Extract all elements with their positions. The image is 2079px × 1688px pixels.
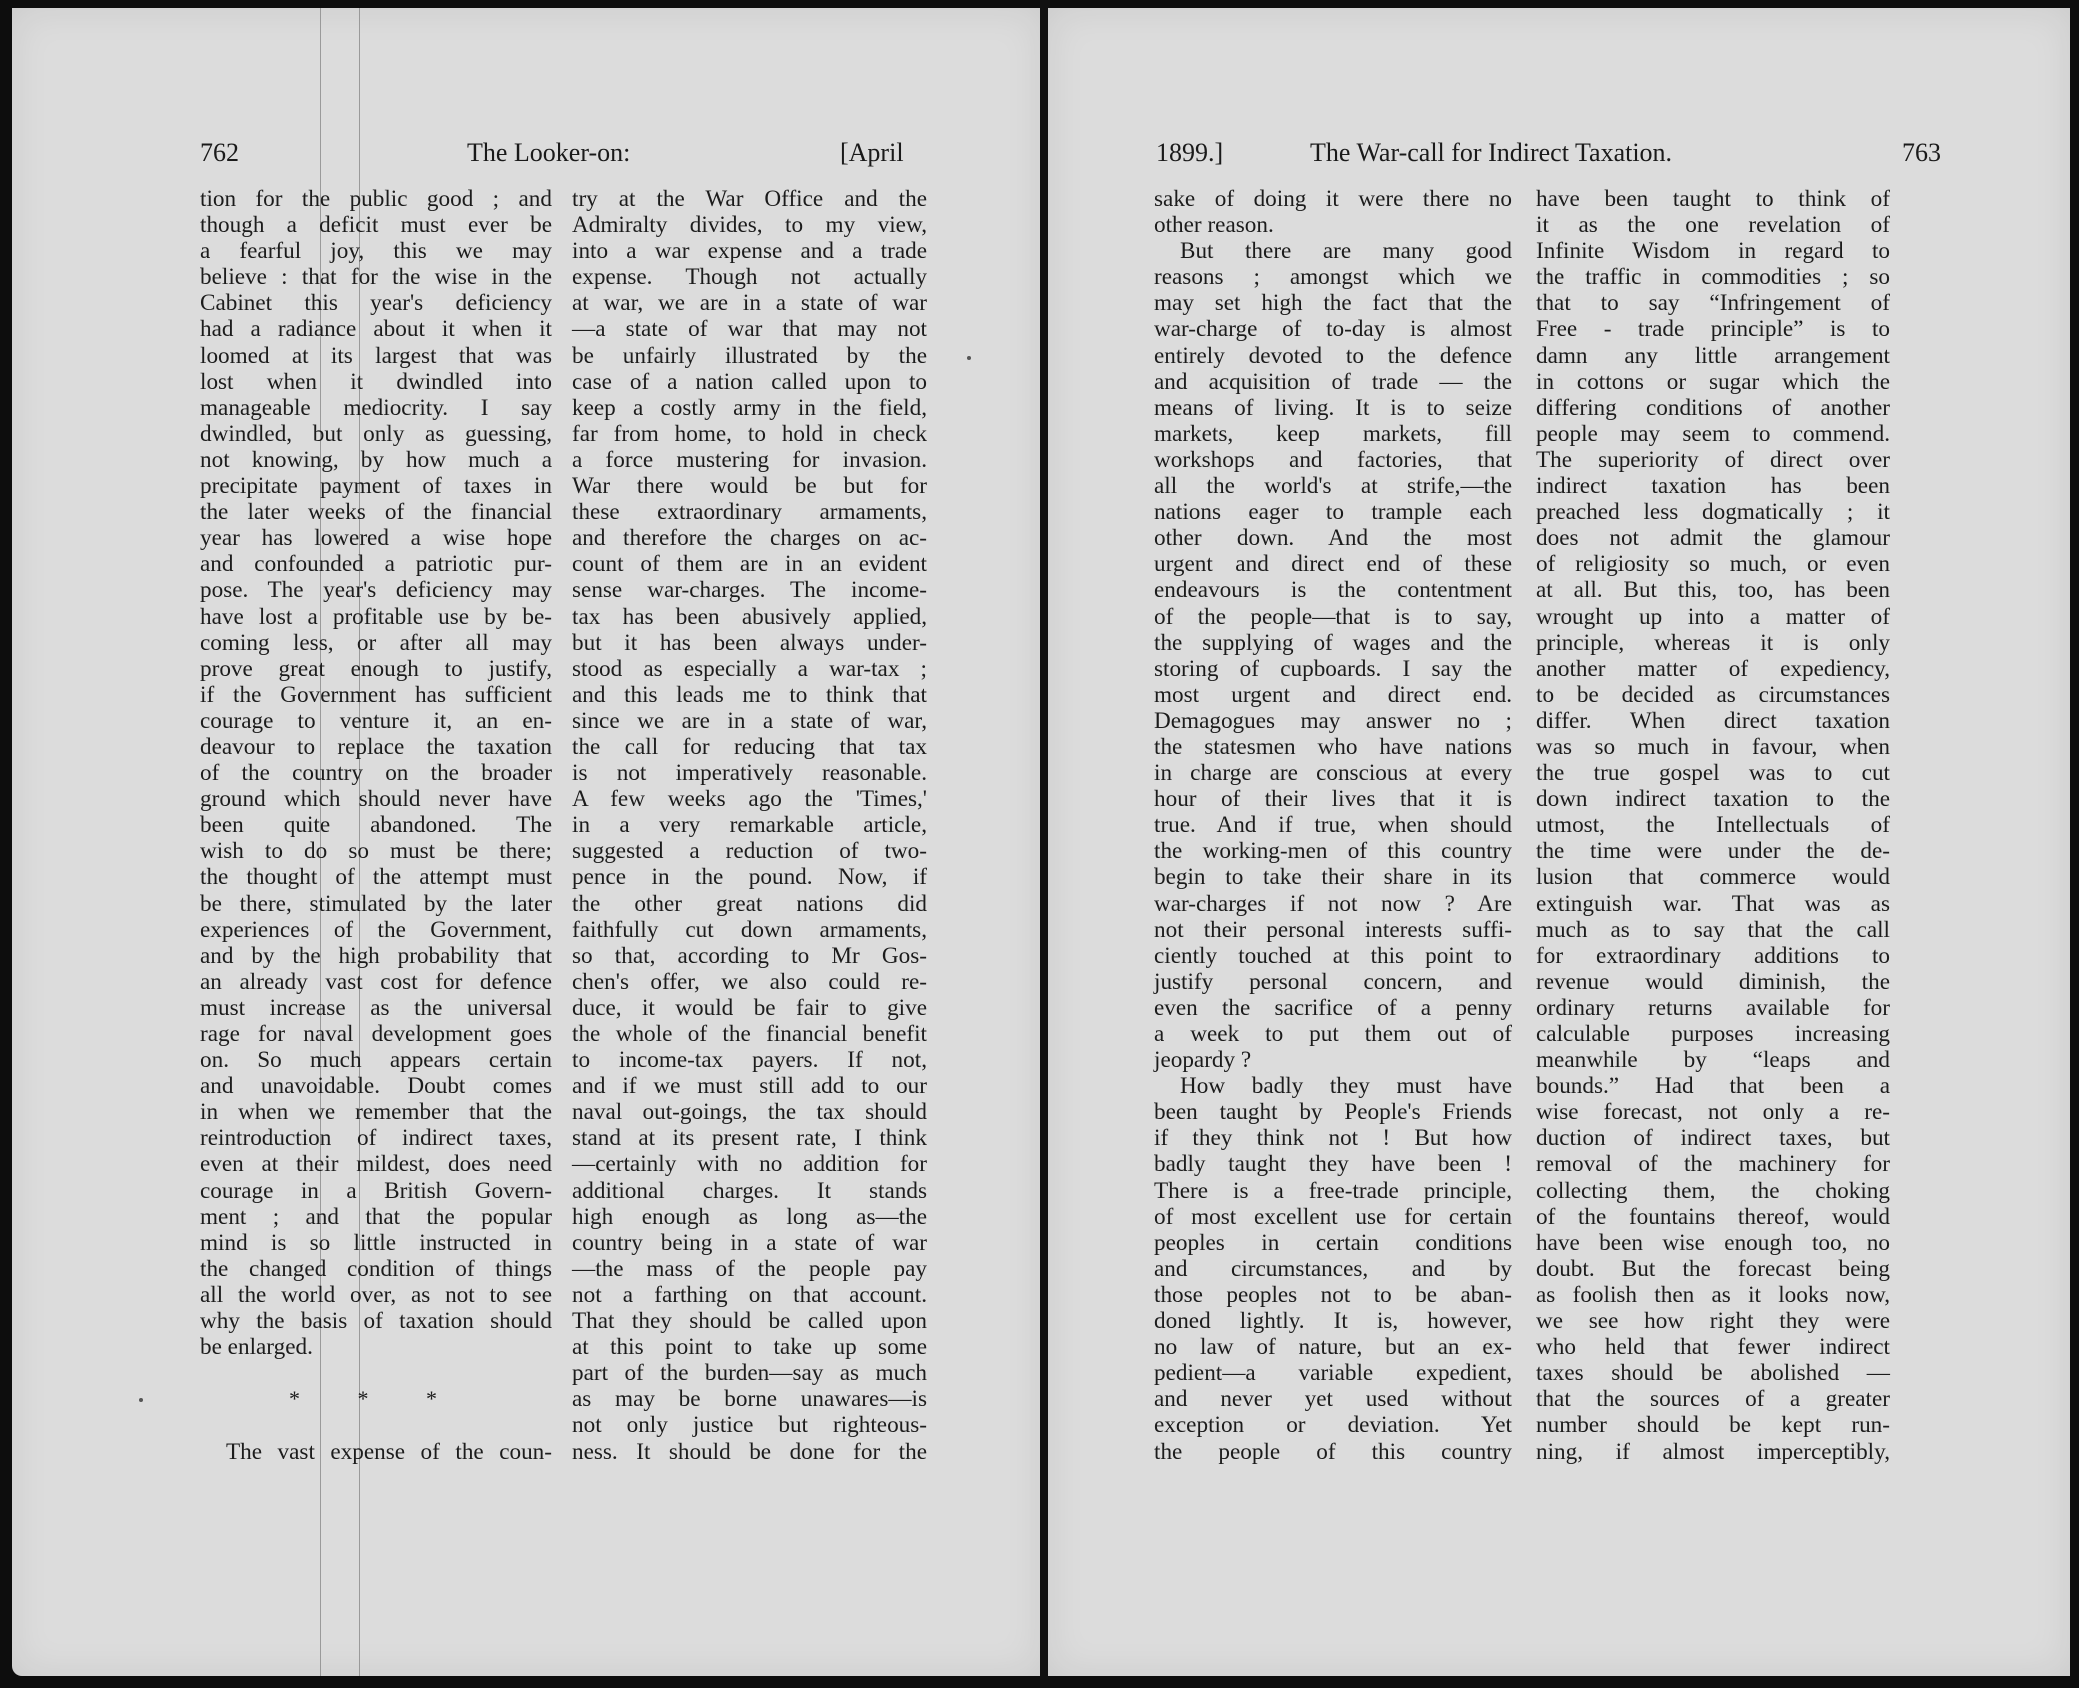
text-line: not knowing, by how much a — [200, 447, 552, 473]
text-line: people may seem to commend. — [1536, 421, 1890, 447]
text-line: ciently touched at this point to — [1154, 943, 1512, 969]
text-line: in charge are conscious at every — [1154, 760, 1512, 786]
text-line: an already vast cost for defence — [200, 969, 552, 995]
text-line: much as to say that the call — [1536, 917, 1890, 943]
text-line: but it has been always under- — [572, 630, 927, 656]
text-line: There is a free-trade principle, — [1154, 1178, 1512, 1204]
text-line: be there, stimulated by the later — [200, 891, 552, 917]
text-line: —the mass of the people pay — [572, 1256, 927, 1282]
scan-speck — [139, 1398, 143, 1402]
text-line: dwindled, but only as guessing, — [200, 421, 552, 447]
text-line: the call for reducing that tax — [572, 734, 927, 760]
text-line: the people of this country — [1154, 1439, 1512, 1465]
text-line: pence in the pound. Now, if — [572, 864, 927, 890]
text-line: case of a nation called upon to — [572, 369, 927, 395]
text-line: taxes should be abolished — — [1536, 1360, 1890, 1386]
text-line: loomed at its largest that was — [200, 343, 552, 369]
text-line: ment ; and that the popular — [200, 1204, 552, 1230]
text-line: reasons ; amongst which we — [1154, 264, 1512, 290]
text-line: not only justice but righteous- — [572, 1412, 927, 1438]
text-line: the working-men of this country — [1154, 838, 1512, 864]
text-line: down indirect taxation to the — [1536, 786, 1890, 812]
text-line: The superiority of direct over — [1536, 447, 1890, 473]
text-line: coming less, or after all may — [200, 630, 552, 656]
text-line: of the people—that is to say, — [1154, 604, 1512, 630]
text-line: far from home, to hold in check — [572, 421, 927, 447]
text-line: lost when it dwindled into — [200, 369, 552, 395]
text-line: stand at its present rate, I think — [572, 1125, 927, 1151]
text-line: pose. The year's deficiency may — [200, 577, 552, 603]
text-line: and never yet used without — [1154, 1386, 1512, 1412]
text-line: and therefore the charges on ac- — [572, 525, 927, 551]
text-line: to income-tax payers. If not, — [572, 1047, 927, 1073]
text-line: lusion that commerce would — [1536, 864, 1890, 890]
text-line: stood as especially a war-tax ; — [572, 656, 927, 682]
text-line: urgent and direct end of these — [1154, 551, 1512, 577]
text-line: exception or deviation. Yet — [1154, 1412, 1512, 1438]
text-line: That they should be called upon — [572, 1308, 927, 1334]
text-line: high enough as long as—the — [572, 1204, 927, 1230]
text-line: wish to do so must be there; — [200, 838, 552, 864]
text-line: of the fountains thereof, would — [1536, 1204, 1890, 1230]
text-line: ordinary returns available for — [1536, 995, 1890, 1021]
text-line: and this leads me to think that — [572, 682, 927, 708]
text-line: meanwhile by “leaps and — [1536, 1047, 1890, 1073]
text-line: keep a costly army in the field, — [572, 395, 927, 421]
text-line: though a deficit must ever be — [200, 212, 552, 238]
text-line: war-charge of to-day is almost — [1154, 316, 1512, 342]
text-line: of the country on the broader — [200, 760, 552, 786]
text-line: courage to venture it, an en- — [200, 708, 552, 734]
text-line: preached less dogmatically ; it — [1536, 499, 1890, 525]
text-line: the whole of the financial benefit — [572, 1021, 927, 1047]
text-line: ness. It should be done for the — [572, 1439, 927, 1465]
text-line: at this point to take up some — [572, 1334, 927, 1360]
text-line: A few weeks ago the 'Times,' — [572, 786, 927, 812]
text-line: these extraordinary armaments, — [572, 499, 927, 525]
text-line: means of living. It is to seize — [1154, 395, 1512, 421]
text-line: even the sacrifice of a penny — [1154, 995, 1512, 1021]
text-line: year has lowered a wise hope — [200, 525, 552, 551]
text-line: war-charges if not now ? Are — [1154, 891, 1512, 917]
text-line: damn any little arrangement — [1536, 343, 1890, 369]
text-line: How badly they must have — [1154, 1073, 1512, 1099]
running-date: 1899.] — [1156, 138, 1223, 168]
text-line: have lost a profitable use by be- — [200, 604, 552, 630]
text-line: bounds.” Had that been a — [1536, 1073, 1890, 1099]
text-line: prove great enough to justify, — [200, 656, 552, 682]
text-column-right-2: have been taught to think ofit as the on… — [1536, 186, 1890, 1465]
text-line: for extraordinary additions to — [1536, 943, 1890, 969]
text-line: rage for naval development goes — [200, 1021, 552, 1047]
text-line: badly taught they have been ! — [1154, 1151, 1512, 1177]
text-line: in when we remember that the — [200, 1099, 552, 1125]
text-line: calculable purposes increasing — [1536, 1021, 1890, 1047]
text-line: principle, whereas it is only — [1536, 630, 1890, 656]
text-line: have been taught to think of — [1536, 186, 1890, 212]
running-date: [April — [840, 138, 904, 168]
text-line: naval out-goings, the tax should — [572, 1099, 927, 1125]
text-line: a force mustering for invasion. — [572, 447, 927, 473]
text-line: entirely devoted to the defence — [1154, 343, 1512, 369]
text-line: that to say “Infringement of — [1536, 290, 1890, 316]
text-line: and if we must still add to our — [572, 1073, 927, 1099]
text-line: if the Government has sufficient — [200, 682, 552, 708]
text-line: had a radiance about it when it — [200, 316, 552, 342]
text-line: into a war expense and a trade — [572, 238, 927, 264]
text-line: other down. And the most — [1154, 525, 1512, 551]
text-line: the true gospel was to cut — [1536, 760, 1890, 786]
text-line: doned lightly. It is, however, — [1154, 1308, 1512, 1334]
text-line: as foolish then as it looks now, — [1536, 1282, 1890, 1308]
text-line: —certainly with no addition for — [572, 1151, 927, 1177]
text-line: workshops and factories, that — [1154, 447, 1512, 473]
text-line: precipitate payment of taxes in — [200, 473, 552, 499]
text-line: chen's offer, we also could re- — [572, 969, 927, 995]
text-column-right-1: sake of doing it were there noother reas… — [1154, 186, 1512, 1465]
text-line: it as the one revelation of — [1536, 212, 1890, 238]
text-line: expense. Though not actually — [572, 264, 927, 290]
page-number: 763 — [1902, 138, 1941, 168]
text-line: Infinite Wisdom in regard to — [1536, 238, 1890, 264]
text-line: markets, keep markets, fill — [1154, 421, 1512, 447]
text-line: the traffic in commodities ; so — [1536, 264, 1890, 290]
text-line: —a state of war that may not — [572, 316, 927, 342]
text-line: to be decided as circumstances — [1536, 682, 1890, 708]
text-line: differing conditions of another — [1536, 395, 1890, 421]
running-title: The War-call for Indirect Taxation. — [1310, 138, 1672, 168]
section-break: * * * — [200, 1386, 552, 1412]
text-line: ning, if almost imperceptibly, — [1536, 1439, 1890, 1465]
text-line: the thought of the attempt must — [200, 864, 552, 890]
spacer — [200, 1412, 552, 1438]
text-line: so that, according to Mr Gos- — [572, 943, 927, 969]
text-line: true. And if true, when should — [1154, 812, 1512, 838]
text-column-left-2: try at the War Office and theAdmiralty d… — [572, 186, 927, 1465]
text-line: begin to take their share in its — [1154, 864, 1512, 890]
text-line: count of them are in an evident — [572, 551, 927, 577]
text-line: the changed condition of things — [200, 1256, 552, 1282]
text-line: mind is so little instructed in — [200, 1230, 552, 1256]
text-line: ground which should never have — [200, 786, 552, 812]
text-line: removal of the machinery for — [1536, 1151, 1890, 1177]
text-line: the time were under the de- — [1536, 838, 1890, 864]
text-line: does not admit the glamour — [1536, 525, 1890, 551]
text-line: on. So much appears certain — [200, 1047, 552, 1073]
text-line: why the basis of taxation should — [200, 1308, 552, 1334]
text-line: country being in a state of war — [572, 1230, 927, 1256]
text-line: jeopardy ? — [1154, 1047, 1512, 1073]
text-line: the supplying of wages and the — [1154, 630, 1512, 656]
text-line: manageable mediocrity. I say — [200, 395, 552, 421]
text-line: additional charges. It stands — [572, 1178, 927, 1204]
text-line: been quite abandoned. The — [200, 812, 552, 838]
scan-speck — [967, 356, 971, 360]
text-line: not a farthing on that account. — [572, 1282, 927, 1308]
text-line: we see how right they were — [1536, 1308, 1890, 1334]
text-line: the other great nations did — [572, 891, 927, 917]
text-line: may set high the fact that the — [1154, 290, 1512, 316]
text-line: deavour to replace the taxation — [200, 734, 552, 760]
text-line: nations eager to trample each — [1154, 499, 1512, 525]
running-title: The Looker-on: — [467, 138, 630, 168]
text-line: be unfairly illustrated by the — [572, 343, 927, 369]
text-line: part of the burden—say as much — [572, 1360, 927, 1386]
text-line: and by the high probability that — [200, 943, 552, 969]
text-line: Admiralty divides, to my view, — [572, 212, 927, 238]
text-line: suggested a reduction of two- — [572, 838, 927, 864]
text-line: wrought up into a matter of — [1536, 604, 1890, 630]
text-line: duction of indirect taxes, but — [1536, 1125, 1890, 1151]
text-line: since we are in a state of war, — [572, 708, 927, 734]
text-line: But there are many good — [1154, 238, 1512, 264]
text-line: indirect taxation has been — [1536, 473, 1890, 499]
text-line: another matter of expediency, — [1536, 656, 1890, 682]
text-line: storing of cupboards. I say the — [1154, 656, 1512, 682]
text-line: tax has been abusively applied, — [572, 604, 927, 630]
text-line: at all. But this, too, has been — [1536, 577, 1890, 603]
text-line: of religiosity so much, or even — [1536, 551, 1890, 577]
text-line: as may be borne unawares—is — [572, 1386, 927, 1412]
text-line: the statesmen who have nations — [1154, 734, 1512, 760]
text-line: not their personal interests suffi- — [1154, 917, 1512, 943]
text-line: collecting them, the choking — [1536, 1178, 1890, 1204]
text-line: other reason. — [1154, 212, 1512, 238]
text-line: try at the War Office and the — [572, 186, 927, 212]
text-line: at war, we are in a state of war — [572, 290, 927, 316]
text-line: have been wise enough too, no — [1536, 1230, 1890, 1256]
text-line: all the world's at strife,—the — [1154, 473, 1512, 499]
text-line: been taught by People's Friends — [1154, 1099, 1512, 1125]
text-line: utmost, the Intellectuals of — [1536, 812, 1890, 838]
text-line: duce, it would be fair to give — [572, 995, 927, 1021]
text-line: courage in a British Govern- — [200, 1178, 552, 1204]
text-line: those peoples not to be aban- — [1154, 1282, 1512, 1308]
text-line: a fearful joy, this we may — [200, 238, 552, 264]
text-line: all the world over, as not to see — [200, 1282, 552, 1308]
text-line: Free - trade principle” is to — [1536, 316, 1890, 342]
text-line: War there would be but for — [572, 473, 927, 499]
text-line: reintroduction of indirect taxes, — [200, 1125, 552, 1151]
text-line: wise forecast, not only a re- — [1536, 1099, 1890, 1125]
text-line: of most excellent use for certain — [1154, 1204, 1512, 1230]
text-line: Demagogues may answer no ; — [1154, 708, 1512, 734]
text-line: be enlarged. — [200, 1334, 552, 1360]
text-line: a week to put them out of — [1154, 1021, 1512, 1047]
text-line: experiences of the Government, — [200, 917, 552, 943]
text-line: in a very remarkable article, — [572, 812, 927, 838]
text-line: The vast expense of the coun- — [200, 1439, 552, 1465]
text-line: is not imperatively reasonable. — [572, 760, 927, 786]
text-line: must increase as the universal — [200, 995, 552, 1021]
text-line: sense war-charges. The income- — [572, 577, 927, 603]
text-line: hour of their lives that it is — [1154, 786, 1512, 812]
text-line: most urgent and direct end. — [1154, 682, 1512, 708]
right-page: 1899.] The War-call for Indirect Taxatio… — [1048, 8, 2070, 1676]
text-line: that the sources of a greater — [1536, 1386, 1890, 1412]
left-page: 762 The Looker-on: [April tion for the p… — [12, 8, 1042, 1676]
text-line: believe : that for the wise in the — [200, 264, 552, 290]
text-line: doubt. But the forecast being — [1536, 1256, 1890, 1282]
text-line: differ. When direct taxation — [1536, 708, 1890, 734]
text-line: extinguish war. That was as — [1536, 891, 1890, 917]
text-line: and circumstances, and by — [1154, 1256, 1512, 1282]
text-line: no law of nature, but an ex- — [1154, 1334, 1512, 1360]
text-line: peoples in certain conditions — [1154, 1230, 1512, 1256]
text-line: and acquisition of trade — the — [1154, 369, 1512, 395]
text-line: if they think not ! But how — [1154, 1125, 1512, 1151]
text-line: tion for the public good ; and — [200, 186, 552, 212]
text-line: sake of doing it were there no — [1154, 186, 1512, 212]
text-line: revenue would diminish, the — [1536, 969, 1890, 995]
text-line: and confounded a patriotic pur- — [200, 551, 552, 577]
text-line: even at their mildest, does need — [200, 1151, 552, 1177]
text-line: faithfully cut down armaments, — [572, 917, 927, 943]
text-line: was so much in favour, when — [1536, 734, 1890, 760]
text-line: the later weeks of the financial — [200, 499, 552, 525]
text-line: number should be kept run- — [1536, 1412, 1890, 1438]
text-line: who held that fewer indirect — [1536, 1334, 1890, 1360]
text-line: and unavoidable. Doubt comes — [200, 1073, 552, 1099]
text-column-left-1: tion for the public good ; andthough a d… — [200, 186, 552, 1465]
text-line: in cottons or sugar which the — [1536, 369, 1890, 395]
text-line: pedient—a variable expedient, — [1154, 1360, 1512, 1386]
text-line: justify personal concern, and — [1154, 969, 1512, 995]
text-line: Cabinet this year's deficiency — [200, 290, 552, 316]
page-number: 762 — [200, 138, 239, 168]
spacer — [200, 1360, 552, 1386]
text-line: endeavours is the contentment — [1154, 577, 1512, 603]
